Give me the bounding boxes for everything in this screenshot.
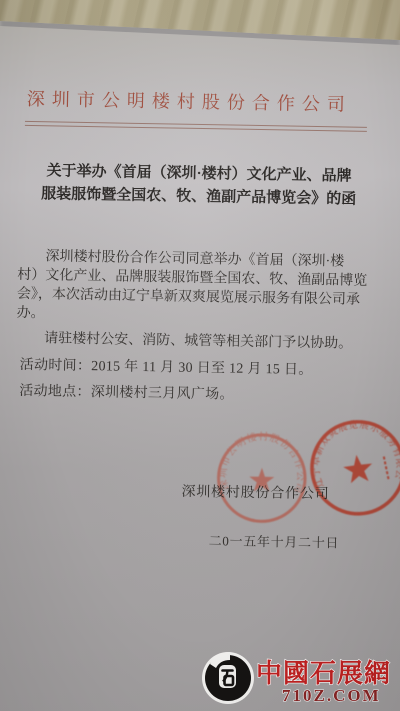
- stone-logo-icon: [202, 652, 254, 704]
- company-seal-left: 深圳市公明楼村股份合作公司: [214, 430, 310, 526]
- seal-arc-text: 辽宁阜新双爽展览展示服务有限公司: [302, 412, 400, 493]
- body-paragraph-1: 深圳楼村股份合作公司同意举办《首届（深圳·楼 村）文化产业、品牌服装服饰暨全国农…: [16, 247, 369, 329]
- letterhead-divider: [25, 121, 367, 132]
- star-icon: [342, 453, 374, 484]
- event-time-line: 活动时间：2015 年 11 月 30 日至 12 月 15 日。: [20, 354, 313, 379]
- document-title: 关于举办《首届（深圳·楼村）文化产业、品牌 服装服饰暨全国农、牧、渔副产品博览会…: [24, 160, 373, 212]
- body-paragraph-2: 请驻楼村公安、消防、城管等相关部门予以协助。: [16, 329, 368, 354]
- paper: 深圳市公明楼村股份合作公司 关于举办《首届（深圳·楼村）文化产业、品牌 服装服饰…: [0, 0, 400, 711]
- paragraph-line: 请驻楼村公安、消防、城管等相关部门予以协助。: [16, 329, 368, 354]
- title-line-2: 服装服饰暨全国农、牧、渔副产品博览会》的函: [24, 183, 372, 212]
- letterhead-company-name: 深圳市公明楼村股份合作公司: [0, 84, 378, 117]
- company-seal-right: 辽宁阜新双爽展览展示服务有限公司: [302, 412, 400, 523]
- watermark: 中國石展網 710Z.COM: [196, 640, 400, 708]
- watermark-site-url: 710Z.COM: [282, 686, 381, 705]
- signature-company: 深圳楼村股份合作公司: [181, 481, 329, 504]
- seal-serial-marks: [384, 456, 389, 480]
- event-place-line: 活动地点：深圳楼村三月风广场。: [19, 380, 234, 404]
- signature-date: 二0一五年十月二十日: [209, 530, 340, 551]
- watermark-site-name: 中國石展網: [256, 658, 391, 688]
- document-photo: 深圳市公明楼村股份合作公司 关于举办《首届（深圳·楼村）文化产业、品牌 服装服饰…: [0, 0, 400, 711]
